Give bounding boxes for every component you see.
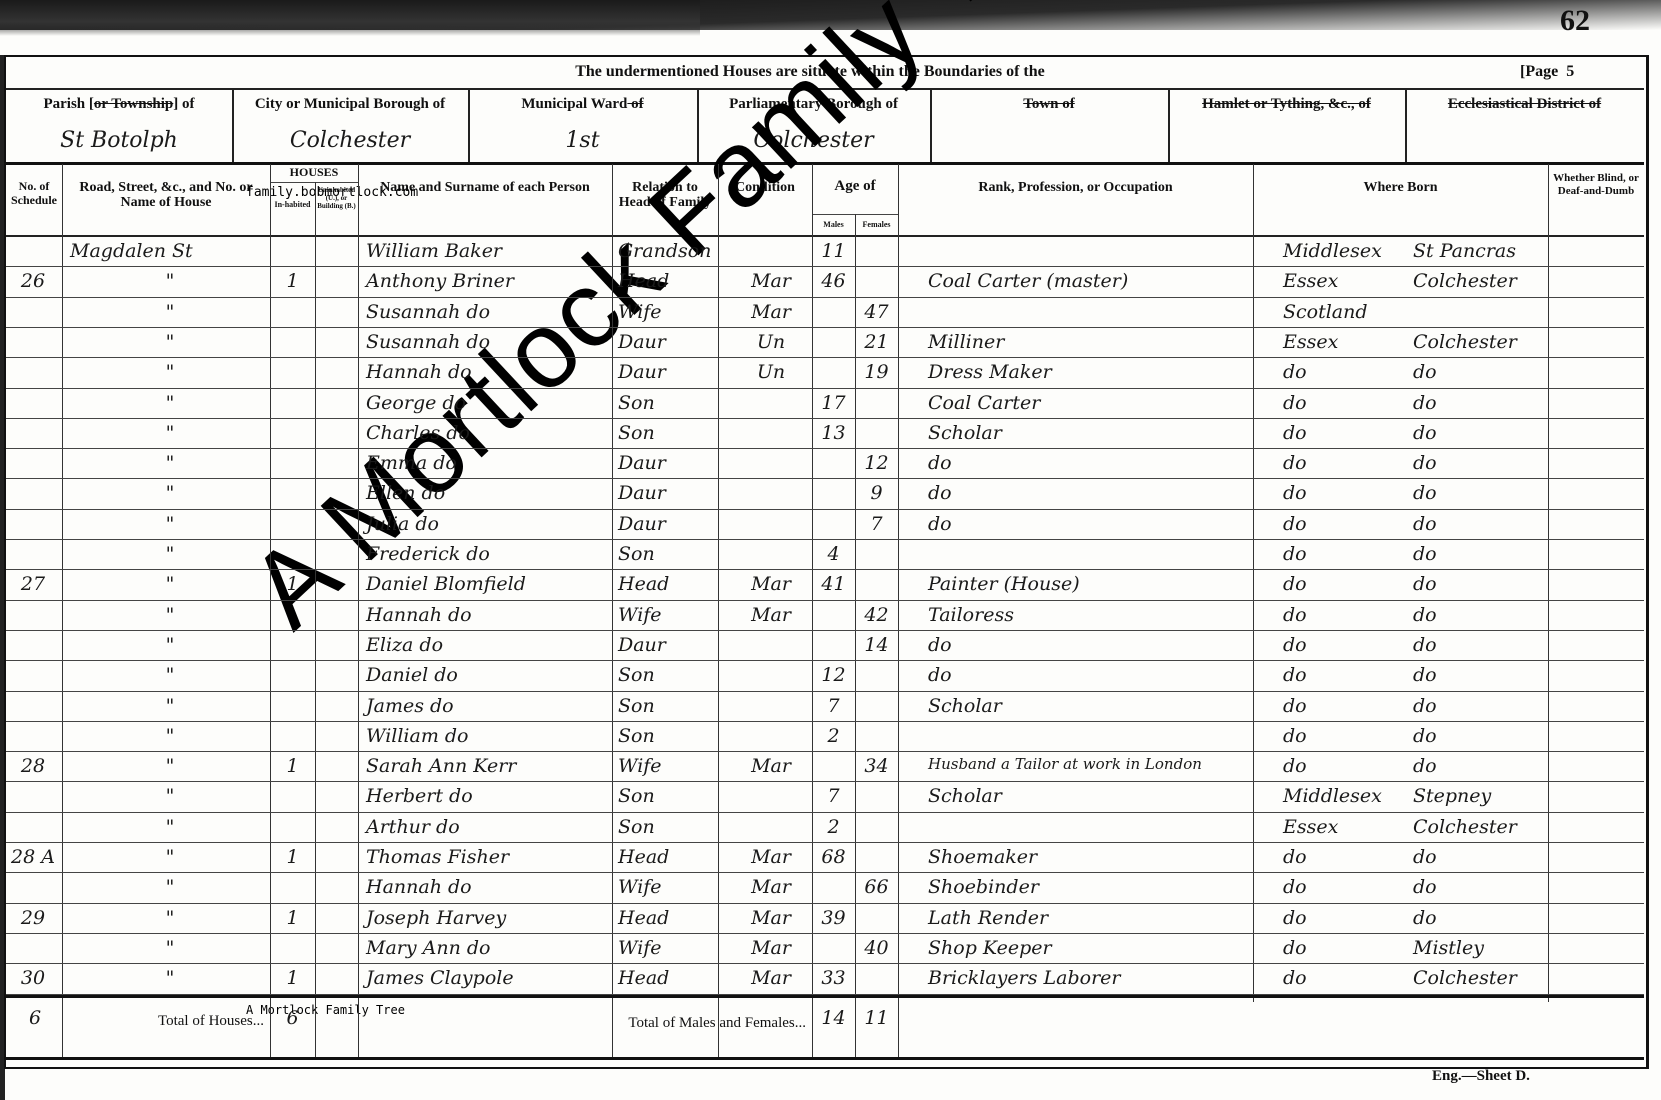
cell-road: " (70, 816, 270, 838)
cell-road: " (70, 573, 270, 595)
total-males: 14 (812, 1007, 855, 1029)
cell-occupation: do (928, 452, 1258, 474)
cell-road: " (70, 664, 270, 686)
boundary-label-part: Town of (1023, 96, 1075, 112)
cell-inhabited: 1 (270, 967, 315, 989)
cell-relation: Daur (618, 634, 718, 656)
cell-relation: Head (618, 270, 718, 292)
cell-male-age: 33 (812, 967, 855, 989)
boundary-label: Town of (930, 96, 1168, 113)
cell-road: " (70, 361, 270, 383)
cell-name: Joseph Harvey (366, 907, 616, 929)
row-line (6, 812, 1644, 813)
cell-female-age: 47 (855, 301, 898, 323)
boundary-value: Colchester (232, 128, 468, 153)
cell-name: Ellen do (366, 482, 616, 504)
cell-occupation: Coal Carter (master) (928, 270, 1258, 292)
cell-born-place: Mistley (1413, 937, 1553, 959)
cell-born-place: do (1413, 482, 1553, 504)
cell-born-county: do (1283, 361, 1413, 383)
cell-relation: Son (618, 422, 718, 444)
cell-male-age: 12 (812, 664, 855, 686)
cell-born-place: do (1413, 361, 1553, 383)
cell-road: " (70, 785, 270, 807)
cell-name: Emma do (366, 452, 616, 474)
cell-name: Daniel do (366, 664, 616, 686)
cell-female-age: 66 (855, 876, 898, 898)
cell-relation: Wife (618, 937, 718, 959)
cell-born-place: Colchester (1413, 270, 1553, 292)
cell-born-county: do (1283, 876, 1413, 898)
cell-relation: Daur (618, 361, 718, 383)
cell-relation: Son (618, 543, 718, 565)
cell-relation: Wife (618, 755, 718, 777)
boundary-label-part: City or Municipal Borough of (255, 96, 445, 112)
row-line (6, 691, 1644, 692)
cell-male-age: 17 (812, 392, 855, 414)
boundary-label-part: Hamlet or Tything, &c., of (1202, 96, 1371, 112)
cell-relation: Wife (618, 604, 718, 626)
total-schedules: 6 (20, 1007, 50, 1029)
cell-born-county: Middlesex (1283, 785, 1413, 807)
divider (270, 182, 358, 183)
cell-occupation: Scholar (928, 785, 1258, 807)
cell-female-age: 42 (855, 604, 898, 626)
cell-born-county: do (1283, 937, 1413, 959)
cell-born-county: Middlesex (1283, 240, 1413, 262)
cell-relation: Head (618, 967, 718, 989)
cell-road: " (70, 937, 270, 959)
cell-name: Arthur do (366, 816, 616, 838)
row-line (6, 872, 1644, 873)
cell-name: James Claypole (366, 967, 616, 989)
cell-road: " (70, 270, 270, 292)
cell-name: Hannah do (366, 604, 616, 626)
row-line (6, 600, 1644, 601)
cell-relation: Head (618, 846, 718, 868)
row-line (6, 418, 1644, 419)
cell-occupation: Husband a Tailor at work in London (928, 755, 1258, 773)
cell-female-age: 19 (855, 361, 898, 383)
cell-born-place: Colchester (1413, 331, 1553, 353)
cell-name: James do (366, 695, 616, 717)
cell-condition: Mar (726, 967, 816, 989)
row-line (6, 933, 1644, 934)
cell-condition: Mar (726, 301, 816, 323)
cell-name: Eliza do (366, 634, 616, 656)
cell-born-county: do (1283, 907, 1413, 929)
boundary-label: City or Municipal Borough of (232, 96, 468, 113)
row-line (6, 357, 1644, 358)
cell-condition: Mar (726, 573, 816, 595)
boundary-label-part: ] of (173, 96, 194, 112)
cell-born-county: do (1283, 482, 1413, 504)
cell-name: Hannah do (366, 876, 616, 898)
row-line (6, 781, 1644, 782)
cell-born-place: do (1413, 422, 1553, 444)
divider (6, 1057, 1644, 1060)
cell-schedule: 29 (8, 907, 58, 929)
cell-male-age: 7 (812, 785, 855, 807)
cell-born-place: do (1413, 695, 1553, 717)
page-label: [Page 5 (1520, 63, 1574, 81)
cell-name: William Baker (366, 240, 616, 262)
cell-road: " (70, 907, 270, 929)
cell-relation: Grandson (618, 240, 718, 262)
cell-road: " (70, 846, 270, 868)
total-females: 11 (855, 1007, 898, 1029)
row-line (6, 630, 1644, 631)
cell-condition: Mar (726, 604, 816, 626)
cell-relation: Head (618, 573, 718, 595)
cell-female-age: 14 (855, 634, 898, 656)
cell-schedule: 26 (8, 270, 58, 292)
row-line (6, 842, 1644, 843)
cell-born-county: Scotland (1283, 301, 1413, 323)
cell-born-place: do (1413, 634, 1553, 656)
cell-born-county: do (1283, 967, 1413, 989)
cell-occupation: do (928, 664, 1258, 686)
cell-road: " (70, 331, 270, 353)
cell-condition: Un (726, 361, 816, 383)
cell-road: " (70, 695, 270, 717)
cell-relation: Son (618, 785, 718, 807)
cell-born-county: do (1283, 422, 1413, 444)
cell-relation: Son (618, 725, 718, 747)
cell-schedule: 30 (8, 967, 58, 989)
cell-born-county: Essex (1283, 331, 1413, 353)
cell-occupation: Shoemaker (928, 846, 1258, 868)
row-line (6, 266, 1644, 267)
boundary-label-part: Municipal Ward (521, 96, 627, 112)
row-line (6, 509, 1644, 510)
cell-born-county: do (1283, 573, 1413, 595)
cell-relation: Son (618, 392, 718, 414)
cell-born-place: do (1413, 846, 1553, 868)
cell-schedule: 28 (8, 755, 58, 777)
cell-male-age: 4 (812, 543, 855, 565)
cell-condition: Mar (726, 907, 816, 929)
cell-born-county: do (1283, 513, 1413, 535)
cell-name: Herbert do (366, 785, 616, 807)
cell-born-place: do (1413, 392, 1553, 414)
cell-born-place: Colchester (1413, 816, 1553, 838)
cell-road: " (70, 604, 270, 626)
cell-occupation: do (928, 513, 1258, 535)
boundary-label-part: Parish [ (43, 96, 93, 112)
row-line (6, 721, 1644, 722)
cell-born-county: do (1283, 664, 1413, 686)
cell-name: Julia do (366, 513, 616, 535)
header-blind: Whether Blind, or Deaf-and-Dumb (1551, 172, 1641, 197)
cell-born-place: Colchester (1413, 967, 1553, 989)
divider (6, 995, 1644, 998)
boundary-label-part: Ecclesiastical District of (1448, 96, 1601, 112)
scan-top-shadow (0, 0, 700, 36)
column-line (62, 164, 63, 1057)
boundary-value: 1st (468, 128, 697, 153)
cell-condition: Un (726, 331, 816, 353)
total-houses-label: Total of Houses... (62, 1013, 264, 1030)
header-males: Males (812, 220, 855, 229)
cell-inhabited: 1 (270, 907, 315, 929)
row-line (6, 751, 1644, 752)
cell-occupation: Tailoress (928, 604, 1258, 626)
cell-name: Susannah do (366, 301, 616, 323)
cell-occupation: do (928, 634, 1258, 656)
cell-road: " (70, 422, 270, 444)
page-value: 5 (1566, 63, 1574, 80)
cell-road: " (70, 967, 270, 989)
cell-occupation: Shoebinder (928, 876, 1258, 898)
header-road: Road, Street, &c., and No. or Name of Ho… (65, 180, 267, 211)
cell-born-county: do (1283, 604, 1413, 626)
cell-inhabited: 1 (270, 573, 315, 595)
cell-occupation: Lath Render (928, 907, 1258, 929)
cell-inhabited: 1 (270, 846, 315, 868)
cell-name: William do (366, 725, 616, 747)
row-line (6, 297, 1644, 298)
cell-born-place: do (1413, 755, 1553, 777)
total-persons-label: Total of Males and Females... (358, 1015, 806, 1032)
cell-relation: Head (618, 907, 718, 929)
cell-occupation: Coal Carter (928, 392, 1258, 414)
cell-born-county: do (1283, 452, 1413, 474)
cell-condition: Mar (726, 270, 816, 292)
cell-male-age: 11 (812, 240, 855, 262)
cell-name: George do (366, 392, 616, 414)
cell-born-place: do (1413, 513, 1553, 535)
row-line (6, 388, 1644, 389)
cell-female-age: 40 (855, 937, 898, 959)
cell-male-age: 39 (812, 907, 855, 929)
cell-born-place: do (1413, 452, 1553, 474)
row-line (6, 660, 1644, 661)
header-where-born: Where Born (1256, 180, 1545, 195)
cell-male-age: 7 (812, 695, 855, 717)
cell-female-age: 21 (855, 331, 898, 353)
cell-relation: Son (618, 664, 718, 686)
cell-male-age: 41 (812, 573, 855, 595)
cell-road: " (70, 755, 270, 777)
row-line (6, 903, 1644, 904)
cell-male-age: 68 (812, 846, 855, 868)
cell-female-age: 12 (855, 452, 898, 474)
boundary-label: Ecclesiastical District of (1405, 96, 1644, 113)
cell-road: " (70, 725, 270, 747)
cell-schedule: 27 (8, 573, 58, 595)
cell-male-age: 2 (812, 816, 855, 838)
cell-occupation: Bricklayers Laborer (928, 967, 1258, 989)
cell-relation: Wife (618, 301, 718, 323)
cell-male-age: 13 (812, 422, 855, 444)
cell-road: Magdalen St (70, 240, 270, 262)
cell-born-county: do (1283, 634, 1413, 656)
cell-relation: Wife (618, 876, 718, 898)
cell-road: " (70, 513, 270, 535)
cell-born-county: do (1283, 846, 1413, 868)
watermark-url: family.bobmortlock.com (246, 185, 418, 200)
column-line (718, 164, 719, 1057)
folio-number: 62 (1560, 4, 1590, 38)
cell-inhabited: 1 (270, 755, 315, 777)
cell-born-county: Essex (1283, 816, 1413, 838)
header-occupation: Rank, Profession, or Occupation (901, 180, 1250, 195)
cell-inhabited: 1 (270, 270, 315, 292)
cell-road: " (70, 876, 270, 898)
row-line (6, 478, 1644, 479)
cell-name: Hannah do (366, 361, 616, 383)
cell-name: Susannah do (366, 331, 616, 353)
cell-road: " (70, 543, 270, 565)
cell-born-place: do (1413, 876, 1553, 898)
cell-occupation: Milliner (928, 331, 1258, 353)
cell-born-place: do (1413, 907, 1553, 929)
cell-relation: Son (618, 695, 718, 717)
boundary-label: Hamlet or Tything, &c., of (1168, 96, 1405, 113)
cell-road: " (70, 634, 270, 656)
column-line (898, 164, 899, 1057)
cell-relation: Daur (618, 331, 718, 353)
sheet-footer: Eng.—Sheet D. (1432, 1068, 1530, 1085)
cell-born-county: Essex (1283, 270, 1413, 292)
cell-male-age: 2 (812, 725, 855, 747)
header-females: Females (855, 220, 898, 229)
cell-female-age: 9 (855, 482, 898, 504)
boundary-label: Parish [or Township] of (6, 96, 232, 113)
cell-relation: Daur (618, 452, 718, 474)
cell-occupation: Dress Maker (928, 361, 1258, 383)
header-schedule: No. of Schedule (9, 180, 59, 208)
row-line (6, 963, 1644, 964)
cell-relation: Daur (618, 482, 718, 504)
cell-born-county: do (1283, 392, 1413, 414)
boundary-label: Municipal Ward of (468, 96, 697, 113)
cell-road: " (70, 392, 270, 414)
row-line (6, 569, 1644, 570)
cell-name: Thomas Fisher (366, 846, 616, 868)
cell-female-age: 34 (855, 755, 898, 777)
cell-born-county: do (1283, 755, 1413, 777)
cell-born-county: do (1283, 695, 1413, 717)
row-line (6, 539, 1644, 540)
row-line (6, 327, 1644, 328)
cell-born-place: do (1413, 573, 1553, 595)
cell-road: " (70, 301, 270, 323)
header-houses: HOUSES (270, 166, 358, 180)
cell-name: Mary Ann do (366, 937, 616, 959)
column-line (358, 164, 359, 1057)
cell-born-place: St Pancras (1413, 240, 1553, 262)
cell-road: " (70, 482, 270, 504)
cell-name: Charles do (366, 422, 616, 444)
cell-relation: Son (618, 816, 718, 838)
cell-road: " (70, 452, 270, 474)
cell-born-county: do (1283, 543, 1413, 565)
cell-relation: Daur (618, 513, 718, 535)
cell-born-county: do (1283, 725, 1413, 747)
cell-male-age: 46 (812, 270, 855, 292)
cell-born-place: do (1413, 725, 1553, 747)
cell-condition: Mar (726, 755, 816, 777)
cell-name: Sarah Ann Kerr (366, 755, 616, 777)
boundary-value: St Botolph (6, 128, 232, 153)
cell-condition: Mar (726, 846, 816, 868)
boundary-label-part: or Township (94, 96, 173, 112)
cell-occupation: Painter (House) (928, 573, 1258, 595)
cell-occupation: do (928, 482, 1258, 504)
header-inhabited: In-habited (271, 200, 314, 209)
cell-name: Frederick do (366, 543, 616, 565)
cell-born-place: do (1413, 664, 1553, 686)
cell-schedule: 28 A (8, 846, 58, 868)
cell-born-place: do (1413, 543, 1553, 565)
cell-occupation: Shop Keeper (928, 937, 1258, 959)
boundary-label-part: of (627, 96, 643, 112)
cell-born-place: do (1413, 604, 1553, 626)
page-label-text: [Page (1520, 63, 1558, 80)
cell-condition: Mar (726, 937, 816, 959)
cell-condition: Mar (726, 876, 816, 898)
cell-occupation: Scholar (928, 695, 1258, 717)
header-age: Age of (812, 178, 898, 195)
cell-female-age: 7 (855, 513, 898, 535)
cell-occupation: Scholar (928, 422, 1258, 444)
cell-born-place: Stepney (1413, 785, 1553, 807)
column-line (315, 182, 316, 1057)
row-line (6, 448, 1644, 449)
cell-name: Anthony Briner (366, 270, 616, 292)
cell-name: Daniel Blomfield (366, 573, 616, 595)
